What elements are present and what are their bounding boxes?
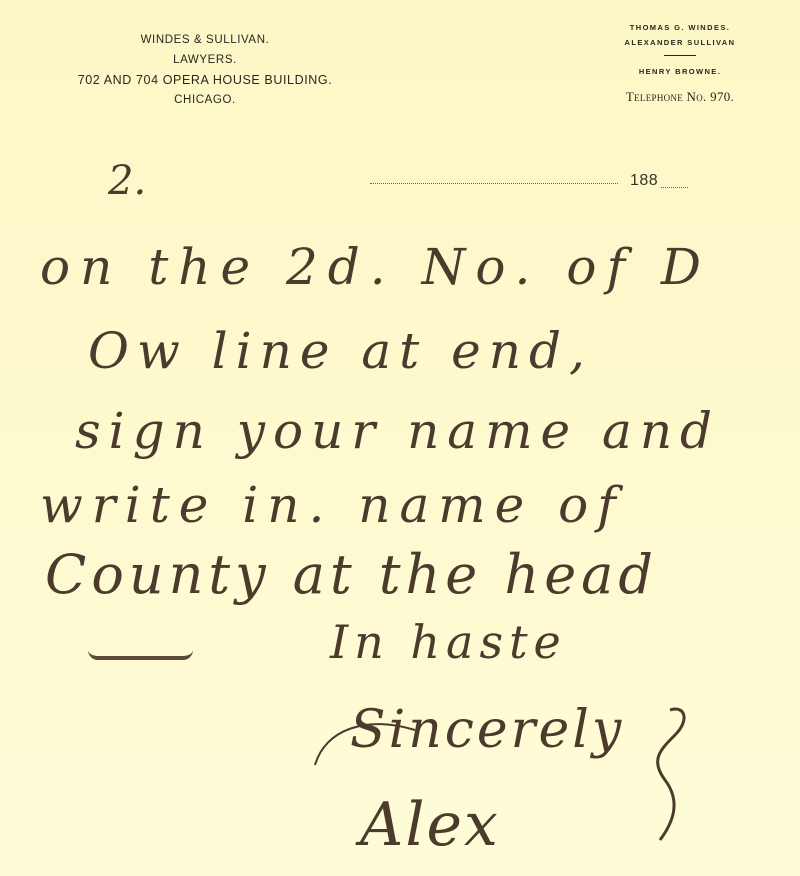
body-line: write in. name of [40, 476, 625, 534]
firm-address: 702 AND 704 OPERA HOUSE BUILDING. [60, 70, 350, 90]
body-line: sign your name and [75, 402, 720, 460]
partner-name: THOMAS G. WINDES. [585, 20, 775, 35]
letterhead-partners-block: THOMAS G. WINDES. ALEXANDER SULLIVAN HEN… [585, 20, 775, 105]
telephone-number: Telephone No. 970. [585, 89, 775, 105]
body-line: In haste [330, 615, 567, 669]
page-number: 2. [108, 158, 146, 204]
signature-flourish-icon [620, 705, 700, 845]
firm-profession: LAWYERS. [60, 50, 350, 70]
letter-page: WINDES & SULLIVAN. LAWYERS. 702 AND 704 … [0, 0, 800, 876]
year-blank-line [661, 187, 688, 188]
partner-name: HENRY BROWNE. [585, 64, 775, 79]
body-line: on the 2d. No. of D [40, 238, 711, 296]
handwritten-dash [88, 650, 193, 660]
letterhead-firm-block: WINDES & SULLIVAN. LAWYERS. 702 AND 704 … [60, 30, 350, 110]
partner-name: ALEXANDER SULLIVAN [585, 35, 775, 50]
firm-city: CHICAGO. [60, 90, 350, 110]
date-blank-line [370, 183, 618, 184]
year-prefix: 188 [630, 172, 658, 190]
closing-salutation: Sincerely [350, 700, 624, 760]
letterhead-divider [664, 55, 696, 56]
firm-name: WINDES & SULLIVAN. [60, 30, 350, 50]
body-line: Ow line at end, [88, 322, 593, 380]
body-line: County at the head [45, 543, 658, 606]
signature: Alex [360, 790, 500, 860]
